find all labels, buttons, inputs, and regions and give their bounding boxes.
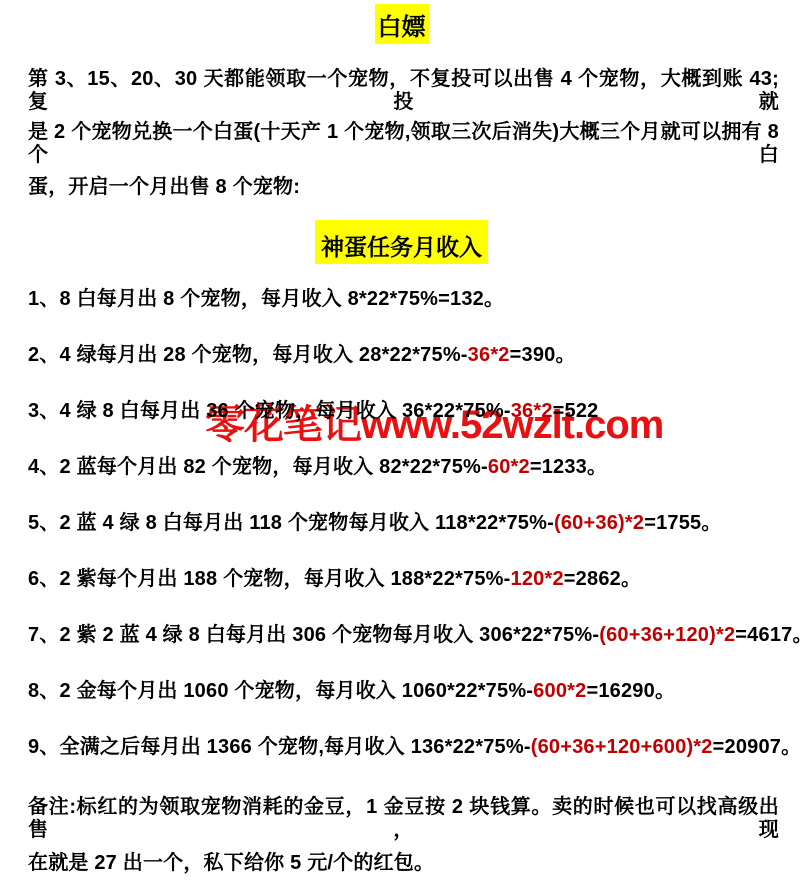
item-text-pre: 2、4 绿每月出 28 个宠物，每月收入 28*22*75%- (28, 344, 468, 366)
income-item-9: 9、全满之后每月出 1366 个宠物,每月收入 136*22*75%-(60+3… (28, 736, 779, 759)
item-text-pre: 7、2 紫 2 蓝 4 绿 8 白每月出 306 个宠物每月收入 306*22*… (28, 624, 599, 646)
item-cost-red: (60+36+120+600)*2 (531, 736, 713, 758)
item-text-post: =1755。 (644, 512, 721, 534)
income-item-3: 3、4 绿 8 白每月出 36 个宠物，每月收入 36*22*75%-36*2=… (28, 400, 779, 423)
income-item-6: 6、2 紫每个月出 188 个宠物，每月收入 188*22*75%-120*2=… (28, 568, 779, 591)
note-line-2: 在就是 27 出一个，私下给你 5 元/个的红包。 (28, 852, 779, 875)
item-cost-red: 120*2 (511, 568, 564, 590)
item-text-post: =2862。 (564, 568, 641, 590)
item-text-pre: 8、2 金每个月出 1060 个宠物，每月收入 1060*22*75%- (28, 680, 533, 702)
item-cost-red: (60+36)*2 (554, 512, 644, 534)
item-cost-red: 600*2 (533, 680, 586, 702)
income-item-2: 2、4 绿每月出 28 个宠物，每月收入 28*22*75%-36*2=390。 (28, 344, 779, 367)
item-cost-red: 36*2 (511, 400, 553, 422)
item-text-post: =390。 (510, 344, 576, 366)
income-item-7: 7、2 紫 2 蓝 4 绿 8 白每月出 306 个宠物每月收入 306*22*… (28, 624, 779, 647)
item-text-post: =522 (553, 400, 599, 422)
item-text-pre: 6、2 紫每个月出 188 个宠物，每月收入 188*22*75%- (28, 568, 511, 590)
item-text-post: =1233。 (530, 456, 607, 478)
item-text-pre: 4、2 蓝每个月出 82 个宠物，每月收入 82*22*75%- (28, 456, 488, 478)
item-text-pre: 5、2 蓝 4 绿 8 白每月出 118 个宠物每月收入 118*22*75%- (28, 512, 554, 534)
intro-line-3: 蛋，开启一个月出售 8 个宠物: (28, 176, 779, 199)
income-item-8: 8、2 金每个月出 1060 个宠物，每月收入 1060*22*75%-600*… (28, 680, 779, 703)
title-row: 白嫖 (0, 4, 803, 44)
income-item-4: 4、2 蓝每个月出 82 个宠物，每月收入 82*22*75%-60*2=123… (28, 456, 779, 479)
income-item-5: 5、2 蓝 4 绿 8 白每月出 118 个宠物每月收入 118*22*75%-… (28, 512, 779, 535)
item-text-post: =16290。 (586, 680, 675, 702)
page-title: 白嫖 (375, 4, 429, 44)
section-title-row: 神蛋任务月收入 (0, 220, 803, 264)
document-page: 零花笔记www.52wzlt.com 白嫖 第 3、15、20、30 天都能领取… (0, 0, 803, 889)
item-text-pre: 1、8 白每月出 8 个宠物，每月收入 8*22*75%=132。 (28, 288, 504, 310)
item-cost-red: 60*2 (488, 456, 530, 478)
item-text-post: =4617。 (735, 624, 803, 646)
intro-line-1: 第 3、15、20、30 天都能领取一个宠物，不复投可以出售 4 个宠物，大概到… (28, 68, 779, 114)
item-text-pre: 3、4 绿 8 白每月出 36 个宠物，每月收入 36*22*75%- (28, 400, 511, 422)
intro-line-2: 是 2 个宠物兑换一个白蛋(十天产 1 个宠物,领取三次后消失)大概三个月就可以… (28, 121, 779, 167)
item-text-pre: 9、全满之后每月出 1366 个宠物,每月收入 136*22*75%- (28, 736, 531, 758)
item-text-post: =20907。 (713, 736, 802, 758)
item-cost-red: (60+36+120)*2 (599, 624, 735, 646)
section-title: 神蛋任务月收入 (315, 220, 488, 264)
note-line-1: 备注:标红的为领取宠物消耗的金豆，1 金豆按 2 块钱算。卖的时候也可以找高级出… (28, 796, 779, 842)
income-item-1: 1、8 白每月出 8 个宠物，每月收入 8*22*75%=132。 (28, 288, 779, 311)
item-cost-red: 36*2 (468, 344, 510, 366)
